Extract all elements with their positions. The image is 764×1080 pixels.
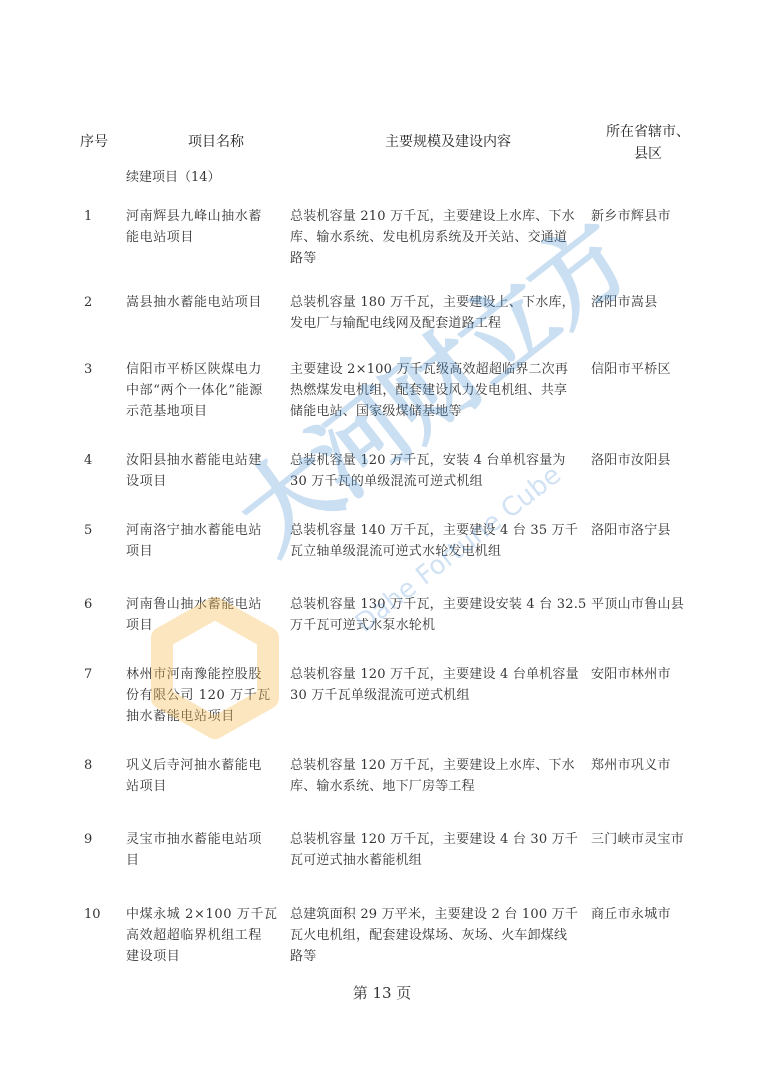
- row-content-line: 库、输水系统、发电机房系统及开关站、交通道: [290, 227, 580, 248]
- row-content: 总建筑面积 29 万平米，主要建设 2 台 100 万千 瓦火电机组，配套建设煤…: [290, 904, 580, 967]
- row-location: 商丘市永城市: [591, 904, 701, 925]
- row-content: 总装机容量 210 万千瓦，主要建设上水库、下水 库、输水系统、发电机房系统及开…: [290, 206, 580, 269]
- row-seq: 5: [84, 520, 108, 541]
- row-content-line: 瓦火电机组，配套建设煤场、灰场、火车卸煤线: [290, 925, 580, 946]
- row-content: 主要建设 2×100 万千瓦级高效超超临界二次再 热燃煤发电机组，配套建设风力发…: [290, 359, 580, 422]
- row-content-line: 总装机容量 210 万千瓦，主要建设上水库、下水: [290, 206, 580, 227]
- row-name: 中煤永城 2×100 万千瓦 高效超超临界机组工程 建设项目: [126, 904, 276, 967]
- row-name-line: 高效超超临界机组工程: [126, 925, 276, 946]
- row-name-line: 抽水蓄能电站项目: [126, 706, 276, 727]
- row-content-line: 主要建设 2×100 万千瓦级高效超超临界二次再: [290, 359, 580, 380]
- row-content-line: 总装机容量 120 万千瓦，主要建设上水库、下水: [290, 755, 580, 776]
- row-name-line: 灵宝市抽水蓄能电站项: [126, 829, 276, 850]
- row-location: 安阳市林州市: [591, 664, 701, 685]
- row-name: 巩义后寺河抽水蓄能电 站项目: [126, 755, 276, 797]
- row-content-line: 总装机容量 120 万千瓦，安装 4 台单机容量为: [290, 450, 580, 471]
- row-seq: 7: [84, 664, 108, 685]
- row-content: 总装机容量 120 万千瓦，主要建设 4 台 30 万千 瓦可逆式抽水蓄能机组: [290, 829, 580, 871]
- row-name: 信阳市平桥区陕煤电力 中部“两个一体化”能源 示范基地项目: [126, 359, 276, 422]
- row-name: 灵宝市抽水蓄能电站项 目: [126, 829, 276, 871]
- header-seq: 序号: [80, 131, 108, 153]
- row-content-line: 储能电站、国家级煤储基地等: [290, 401, 580, 422]
- row-content-line: 总装机容量 140 万千瓦，主要建设 4 台 35 万千: [290, 520, 580, 541]
- row-name: 河南洛宁抽水蓄能电站 项目: [126, 520, 276, 562]
- row-content: 总装机容量 130 万千瓦，主要建设安装 4 台 32.5 万千瓦可逆式水泵水轮…: [290, 594, 580, 636]
- row-seq: 1: [84, 206, 108, 227]
- row-seq: 3: [84, 359, 108, 380]
- row-location: 洛阳市嵩县: [591, 292, 701, 313]
- row-name-line: 设项目: [126, 471, 276, 492]
- row-seq: 6: [84, 594, 108, 615]
- row-content: 总装机容量 140 万千瓦，主要建设 4 台 35 万千 瓦立轴单级混流可逆式水…: [290, 520, 580, 562]
- row-name-line: 河南鲁山抽水蓄能电站: [126, 594, 276, 615]
- row-name-line: 河南洛宁抽水蓄能电站: [126, 520, 276, 541]
- row-location: 新乡市辉县市: [591, 206, 701, 227]
- row-content-line: 瓦可逆式抽水蓄能机组: [290, 850, 580, 871]
- row-name-line: 项目: [126, 615, 276, 636]
- row-name-line: 中煤永城 2×100 万千瓦: [126, 904, 276, 925]
- page-number: 第 13 页: [0, 982, 764, 1003]
- row-content-line: 路等: [290, 946, 580, 967]
- row-name: 河南辉县九峰山抽水蓄 能电站项目: [126, 206, 276, 248]
- row-name-line: 示范基地项目: [126, 401, 276, 422]
- row-name-line: 能电站项目: [126, 227, 276, 248]
- row-content-line: 发电厂与输配电线网及配套道路工程: [290, 313, 580, 334]
- row-content-line: 热燃煤发电机组，配套建设风力发电机组、共享: [290, 380, 580, 401]
- row-name-line: 河南辉县九峰山抽水蓄: [126, 206, 276, 227]
- row-content: 总装机容量 180 万千瓦，主要建设上、下水库， 发电厂与输配电线网及配套道路工…: [290, 292, 580, 334]
- row-content-line: 总建筑面积 29 万平米，主要建设 2 台 100 万千: [290, 904, 580, 925]
- row-location: 平顶山市鲁山县: [591, 594, 701, 615]
- row-content: 总装机容量 120 万千瓦，主要建设 4 台单机容量 30 万千瓦单级混流可逆式…: [290, 664, 580, 706]
- row-content-line: 路等: [290, 248, 580, 269]
- row-seq: 10: [84, 904, 108, 925]
- row-name-line: 建设项目: [126, 946, 276, 967]
- row-name-line: 信阳市平桥区陕煤电力: [126, 359, 276, 380]
- row-content: 总装机容量 120 万千瓦，安装 4 台单机容量为 30 万千瓦的单级混流可逆式…: [290, 450, 580, 492]
- header-location-line1: 所在省辖市、: [598, 121, 698, 143]
- row-name-line: 中部“两个一体化”能源: [126, 380, 276, 401]
- row-content-line: 总装机容量 180 万千瓦，主要建设上、下水库，: [290, 292, 580, 313]
- row-seq: 8: [84, 755, 108, 776]
- row-name-line: 林州市河南豫能控股股: [126, 664, 276, 685]
- row-location: 郑州市巩义市: [591, 755, 701, 776]
- row-name-line: 目: [126, 850, 276, 871]
- row-name: 林州市河南豫能控股股 份有限公司 120 万千瓦 抽水蓄能电站项目: [126, 664, 276, 727]
- row-content-line: 库、输水系统、地下厂房等工程: [290, 776, 580, 797]
- row-name: 汝阳县抽水蓄能电站建 设项目: [126, 450, 276, 492]
- document-page: 序号 项目名称 主要规模及建设内容 所在省辖市、 县区 续建项目（14） 1 河…: [0, 0, 764, 1080]
- row-seq: 9: [84, 829, 108, 850]
- row-content-line: 30 万千瓦的单级混流可逆式机组: [290, 471, 580, 492]
- row-content-line: 总装机容量 130 万千瓦，主要建设安装 4 台 32.5: [290, 594, 580, 615]
- row-content-line: 总装机容量 120 万千瓦，主要建设 4 台 30 万千: [290, 829, 580, 850]
- row-content-line: 瓦立轴单级混流可逆式水轮发电机组: [290, 541, 580, 562]
- row-name-line: 项目: [126, 541, 276, 562]
- row-seq: 2: [84, 292, 108, 313]
- row-name-line: 份有限公司 120 万千瓦: [126, 685, 276, 706]
- row-content-line: 总装机容量 120 万千瓦，主要建设 4 台单机容量: [290, 664, 580, 685]
- row-name-line: 汝阳县抽水蓄能电站建: [126, 450, 276, 471]
- header-location: 所在省辖市、 县区: [598, 121, 698, 165]
- header-location-line2: 县区: [598, 143, 698, 165]
- row-name-line: 嵩县抽水蓄能电站项目: [126, 292, 276, 313]
- row-name: 嵩县抽水蓄能电站项目: [126, 292, 276, 313]
- header-project-name: 项目名称: [188, 131, 244, 153]
- row-name: 河南鲁山抽水蓄能电站 项目: [126, 594, 276, 636]
- row-location: 三门峡市灵宝市: [591, 829, 701, 850]
- row-name-line: 站项目: [126, 776, 276, 797]
- section-label: 续建项目（14）: [126, 168, 221, 188]
- row-content-line: 万千瓦可逆式水泵水轮机: [290, 615, 580, 636]
- row-location: 信阳市平桥区: [591, 359, 701, 380]
- row-seq: 4: [84, 450, 108, 471]
- row-content: 总装机容量 120 万千瓦，主要建设上水库、下水 库、输水系统、地下厂房等工程: [290, 755, 580, 797]
- row-content-line: 30 万千瓦单级混流可逆式机组: [290, 685, 580, 706]
- row-location: 洛阳市洛宁县: [591, 520, 701, 541]
- row-name-line: 巩义后寺河抽水蓄能电: [126, 755, 276, 776]
- header-content: 主要规模及建设内容: [385, 131, 511, 153]
- row-location: 洛阳市汝阳县: [591, 450, 701, 471]
